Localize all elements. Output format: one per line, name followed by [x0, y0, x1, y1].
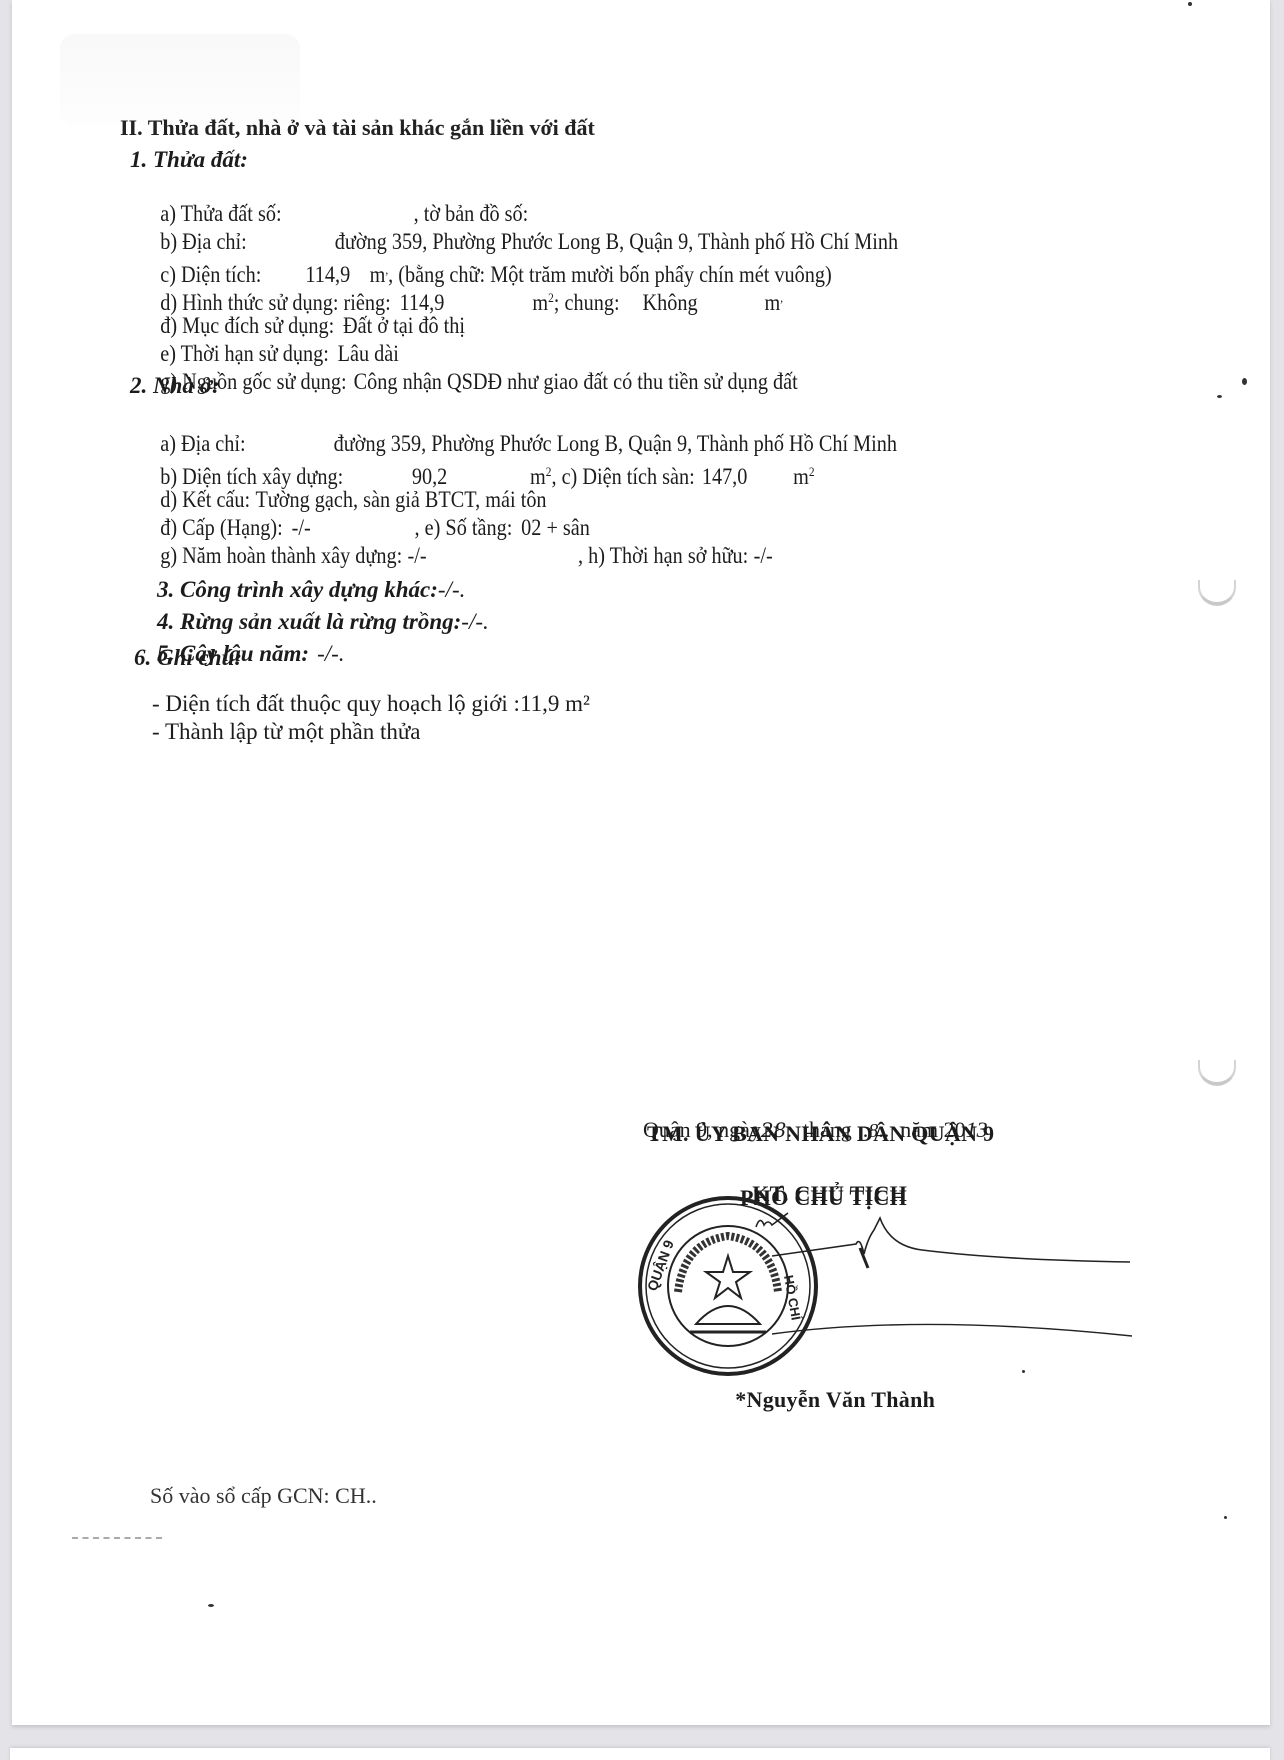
scan-artifact: [72, 1537, 162, 1539]
punch-hole-mark: [1198, 1060, 1236, 1086]
floor-area-value: 147,0: [702, 464, 748, 489]
scan-speck: [1188, 2, 1192, 6]
section-header: II. Thửa đất, nhà ở và tài sản khác gắn …: [120, 114, 595, 142]
next-page-edge: [10, 1748, 1270, 1760]
redaction-smudge: [60, 34, 300, 126]
note-item: - Diện tích đất thuộc quy hoạch lộ giới …: [152, 690, 590, 718]
document-page: II. Thửa đất, nhà ở và tài sản khác gắn …: [12, 0, 1270, 1725]
signing-organization: TM. ỦY BAN NHÂN DÂN QUẬN 9: [647, 1120, 994, 1148]
notes-title: 6. Ghi chú:: [134, 644, 242, 672]
scan-speck: [1242, 378, 1247, 385]
signer-name: *Nguyễn Văn Thành: [712, 1358, 935, 1442]
scan-speck: [1022, 1370, 1025, 1373]
signature-scribble: [772, 1208, 1132, 1348]
land-origin-value: Công nhận QSDĐ như giao đất có thu tiền …: [354, 369, 798, 394]
certificate-registry-number: Số vào sổ cấp GCN: CH..: [150, 1482, 377, 1510]
scan-speck: [1217, 395, 1222, 398]
punch-hole-mark: [1198, 580, 1236, 606]
scan-speck: [208, 1604, 214, 1607]
note-item: - Thành lập từ một phần thửa: [152, 718, 421, 746]
land-section-title: 1. Thửa đất:: [130, 146, 248, 174]
ownership-term-value: -/-: [754, 543, 773, 568]
scan-speck: [1224, 1516, 1227, 1519]
shared-area: Không: [642, 290, 697, 315]
house-section-title: 2. Nhà ở:: [130, 372, 220, 400]
